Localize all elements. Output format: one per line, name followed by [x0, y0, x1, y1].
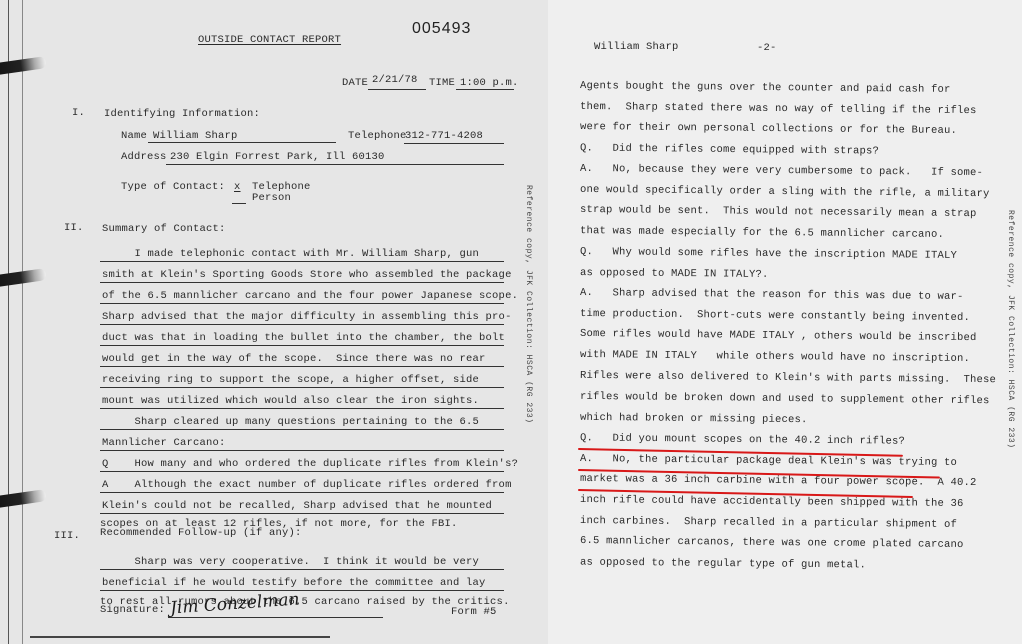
text-line: Sharp advised that the major difficulty …: [102, 311, 512, 323]
text-line: as opposed to the regular type of gun me…: [580, 557, 866, 572]
text-line: Mannlicher Carcano:: [102, 437, 226, 449]
text-line: Q. Did the rifles come equipped with str…: [580, 143, 879, 158]
date-value: 2/21/78: [372, 74, 418, 86]
contact-type-person: Person: [252, 192, 291, 204]
date-label: DATE: [342, 77, 368, 89]
archive-stamp: Reference copy, JFK Collection: HSCA (RG…: [1006, 210, 1015, 449]
text-line: strap would be sent. This would not nece…: [580, 204, 977, 220]
binder-ring: [0, 56, 47, 76]
address-value: 230 Elgin Forrest Park, Ill 60130: [170, 151, 385, 163]
text-line: would get in the way of the scope. Since…: [102, 353, 486, 365]
section-numeral: II.: [64, 222, 84, 234]
name-label: Name: [121, 130, 147, 142]
section-numeral: I.: [72, 107, 85, 119]
binder-ring: [0, 268, 47, 288]
contact-type-person-check: [232, 203, 246, 204]
binder-edge: [22, 0, 23, 644]
text-line: one would specifically order a sling wit…: [580, 183, 990, 199]
report-page-2: William Sharp -2- Agents bought the guns…: [548, 0, 1022, 644]
text-line: Some rifles would have MADE ITALY , othe…: [580, 328, 977, 344]
text-line: Sharp cleared up many questions pertaini…: [102, 416, 479, 428]
time-value: 1:00 p.m.: [460, 77, 519, 89]
section-heading: Summary of Contact:: [102, 223, 226, 235]
signature-label: Signature:: [100, 604, 165, 616]
time-label: TIME: [429, 77, 455, 89]
text-line: Q. Did you mount scopes on the 40.2 inch…: [580, 432, 905, 447]
form-number: Form #5: [451, 606, 497, 618]
page-header-name: William Sharp: [594, 41, 679, 53]
name-value: William Sharp: [153, 130, 238, 142]
section-numeral: III.: [54, 530, 80, 542]
text-line: were for their own personal collections …: [580, 121, 957, 137]
address-label: Address: [121, 151, 167, 163]
text-line: A Although the exact number of duplicate…: [102, 479, 512, 491]
text-line: with MADE IN ITALY while others would ha…: [580, 349, 970, 365]
section-heading: Identifying Information:: [104, 108, 260, 120]
document-number: 005493: [412, 20, 471, 38]
text-line: 6.5 mannlicher carcanos, there was one c…: [580, 535, 964, 551]
binder-edge: [8, 0, 9, 644]
text-line: which had broken or missing pieces.: [580, 412, 808, 426]
text-line: of the 6.5 mannlicher carcano and the fo…: [102, 290, 518, 302]
text-line: Q How many and who ordered the duplicate…: [102, 458, 518, 470]
telephone-value: 312-771-4208: [405, 130, 483, 142]
contact-type-telephone-check: x: [234, 181, 241, 193]
page-number: -2-: [757, 42, 777, 54]
contact-type-label: Type of Contact:: [121, 181, 225, 193]
text-line: Klein's could not be recalled, Sharp adv…: [102, 500, 492, 512]
text-line: them. Sharp stated there was no way of t…: [580, 101, 977, 117]
text-line: as opposed to MADE IN ITALY?.: [580, 267, 769, 281]
telephone-label: Telephone: [348, 130, 407, 142]
text-line: Sharp was very cooperative. I think it w…: [102, 556, 479, 568]
text-line: Q. Why would some rifles have the inscri…: [580, 246, 957, 262]
archive-stamp: Reference copy, JFK Collection: HSCA (RG…: [524, 185, 533, 424]
text-line: receiving ring to support the scope, a h…: [102, 374, 479, 386]
section-heading: Recommended Follow-up (if any):: [100, 527, 302, 539]
text-line: rifles would be broken down and used to …: [580, 390, 990, 406]
text-line: beneficial if he would testify before th…: [102, 577, 486, 589]
text-line: I made telephonic contact with Mr. Willi…: [102, 248, 479, 260]
text-line: A. No, because they were very cumbersome…: [580, 163, 983, 179]
report-title: OUTSIDE CONTACT REPORT: [198, 34, 341, 46]
binder-ring: [0, 489, 47, 509]
text-line: mount was utilized which would also clea…: [102, 395, 479, 407]
text-line: inch carbines. Sharp recalled in a parti…: [580, 515, 957, 531]
text-line: Rifles were also delivered to Klein's wi…: [580, 370, 996, 386]
report-page-1: OUTSIDE CONTACT REPORT 005493 DATE 2/21/…: [0, 0, 548, 644]
signature: Jim Conzelman: [169, 590, 300, 619]
text-line: smith at Klein's Sporting Goods Store wh…: [102, 269, 512, 281]
text-line: that was made especially for the 6.5 man…: [580, 225, 944, 241]
text-line: A. Sharp advised that the reason for thi…: [580, 287, 964, 303]
text-line: time production. Short-cuts were constan…: [580, 308, 970, 324]
text-line: duct was that in loading the bullet into…: [102, 332, 505, 344]
text-line: Agents bought the guns over the counter …: [580, 80, 951, 96]
